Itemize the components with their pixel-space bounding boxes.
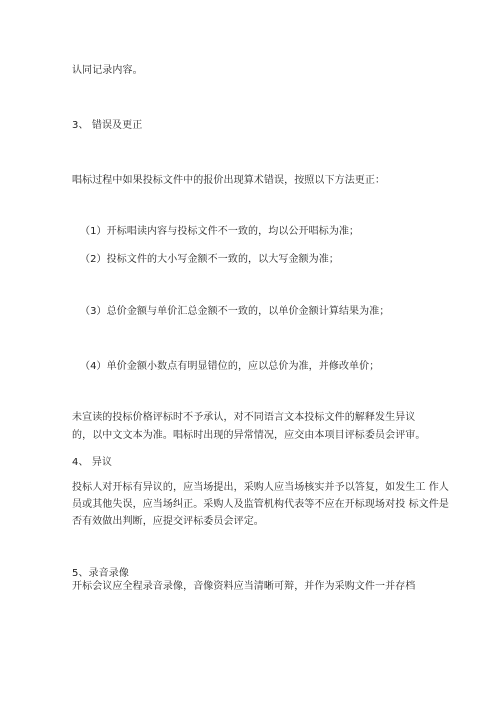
correction-item-3: （3）总价金额与单价汇总金额不一致的，以单价金额计算结果为准； bbox=[80, 305, 389, 318]
correction-item-4: （4）单价金额小数点有明显错位的，应以总价为准，并修改单价； bbox=[80, 360, 379, 373]
section-4-body-line-2: 员或其他失误，应当场纠正。采购人及监管机构代表等不应在开标现场对投 标文件是 bbox=[72, 498, 449, 511]
section-4-heading: 4、 异议 bbox=[72, 456, 112, 469]
section-3-note-line-1: 未宣读的投标价格评标时不予承认，对不同语言文本投标文件的解释发生异议 bbox=[72, 411, 415, 424]
section-5-heading: 5、录音录像 bbox=[72, 567, 129, 580]
section-4-body-line-3: 否有效做出判断，应提交评标委员会评定。 bbox=[72, 515, 264, 528]
section-3-note-line-2: 的，以中文文本为准。唱标时出现的异常情况，应交由本项目评标委员会评审。 bbox=[72, 429, 426, 442]
section-4-body-line-1: 投标人对开标有异议的，应当场提出，采购人应当场核实并予以答复，如发生工 作人 bbox=[72, 481, 449, 494]
section-3-intro: 唱标过程中如果投标文件中的报价出现算术错误，按照以下方法更正： bbox=[72, 174, 385, 187]
paragraph-continuation: 认同记录内容。 bbox=[72, 64, 143, 77]
correction-item-1: （1）开标唱读内容与投标文件不一致的，均以公开唱标为准； bbox=[80, 225, 359, 238]
section-3-heading: 3、 错误及更正 bbox=[72, 119, 142, 132]
section-5-body: 开标会议应全程录音录像，音像资料应当清晰可辩，并作为采购文件一并存档 bbox=[72, 580, 415, 593]
correction-item-2: （2）投标文件的大小写金额不一致的，以大写金额为准； bbox=[80, 253, 339, 266]
